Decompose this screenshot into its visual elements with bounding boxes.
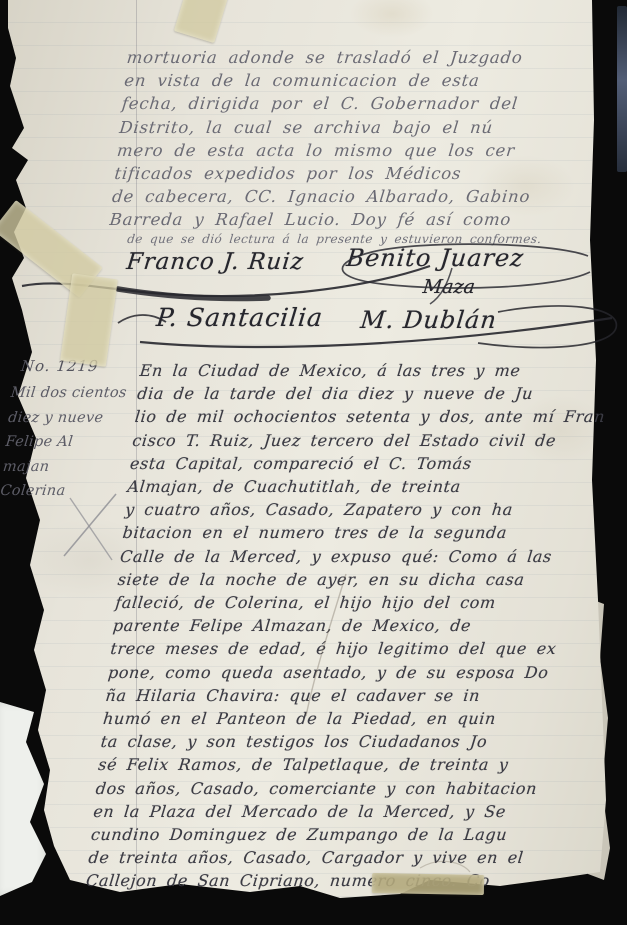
manuscript-line: trece meses de edad, é hijo legitimo del… [109, 637, 573, 660]
manuscript-line: esta Capital, compareció el C. Tomás [129, 452, 593, 475]
manuscript-line: y cuatro años, Casado, Zapatero y con ha [124, 498, 588, 521]
manuscript-line: Calle de la Merced, y expuso qué: Como á… [119, 545, 583, 568]
manuscript-line: siete de la noche de ayer, en su dicha c… [117, 568, 581, 591]
manuscript-line: en la Plaza del Mercado de la Merced, y … [92, 800, 556, 823]
margin-note-line: Mil dos cientos [9, 381, 134, 406]
margin-note-line: majan [2, 455, 127, 480]
signature-p-santacilia: P. Santacilia [155, 303, 325, 332]
manuscript-line: pone, como queda asentado, y de su espos… [107, 661, 571, 684]
manuscript-line: parente Felipe Almazan, de Mexico, de [112, 614, 576, 637]
background-glint [617, 6, 627, 172]
manuscript-line: de cabecera, CC. Ignacio Albarado, Gabin… [111, 185, 591, 208]
signature-francisco-ruiz: Franco J. Ruiz [125, 249, 305, 275]
manuscript-line: dos años, Casado, comerciante y con habi… [95, 777, 559, 800]
upper-paragraph: mortuoria adonde se trasladó el Juzgadoe… [108, 46, 606, 232]
signature-benito-juarez: Benito Juarez [345, 244, 525, 272]
photo-background: mortuoria adonde se trasladó el Juzgadoe… [0, 0, 627, 925]
manuscript-line: dia de la tarde del dia diez y nueve de … [136, 382, 600, 405]
manuscript-line: ña Hilaria Chavira: que el cadaver se in [104, 684, 568, 707]
margin-annotations: Mil dos cientosdiez y nueveFelipe Almaja… [0, 381, 134, 504]
manuscript-line: Barreda y Rafael Lucio. Doy fé así como [108, 208, 588, 231]
manuscript-line: En la Ciudad de Mexico, á las tres y me [139, 359, 603, 382]
manuscript-line: tificados expedidos por los Médicos [113, 162, 593, 185]
signature-maza: Maza [422, 276, 476, 298]
manuscript-line: fecha, dirigida por el C. Gobernador del [121, 92, 601, 115]
margin-note-line: diez y nueve [7, 406, 132, 431]
manuscript-line: humó en el Panteon de la Piedad, en quin [102, 707, 566, 730]
margin-note-line: Colerina [0, 479, 124, 504]
manuscript-line: sé Felix Ramos, de Talpetlaque, de trein… [97, 753, 561, 776]
manuscript-line: cundino Dominguez de Zumpango de la Lagu [90, 823, 554, 846]
manuscript-line: Distrito, la cual se archiva bajo el nú [118, 116, 598, 139]
manuscript-line: bitacion en el numero tres de la segunda [121, 521, 585, 544]
manuscript-line: cisco T. Ruiz, Juez tercero del Estado c… [131, 429, 595, 452]
manuscript-line: en vista de la comunicacion de esta [123, 69, 603, 92]
manuscript-line: ta clase, y son testigos los Ciudadanos … [100, 730, 564, 753]
manuscript-line: mero de esta acta lo mismo que los cer [116, 139, 596, 162]
manuscript-line: Almajan, de Cuachutitlah, de treinta [126, 475, 590, 498]
tape-piece-bottom [372, 873, 484, 895]
manuscript-line: falleció, de Colerina, el hijo hijo del … [114, 591, 578, 614]
signature-m-dublan: M. Dublán [359, 306, 498, 334]
act-paragraph: En la Ciudad de Mexico, á las tres y med… [85, 359, 603, 893]
manuscript-line: de treinta años, Casado, Cargador y vive… [87, 846, 551, 869]
manuscript-line: lio de mil ochocientos setenta y dos, an… [134, 405, 598, 428]
manuscript-line: mortuoria adonde se trasladó el Juzgado [126, 46, 606, 69]
margin-note-line: Felipe Al [4, 430, 129, 455]
